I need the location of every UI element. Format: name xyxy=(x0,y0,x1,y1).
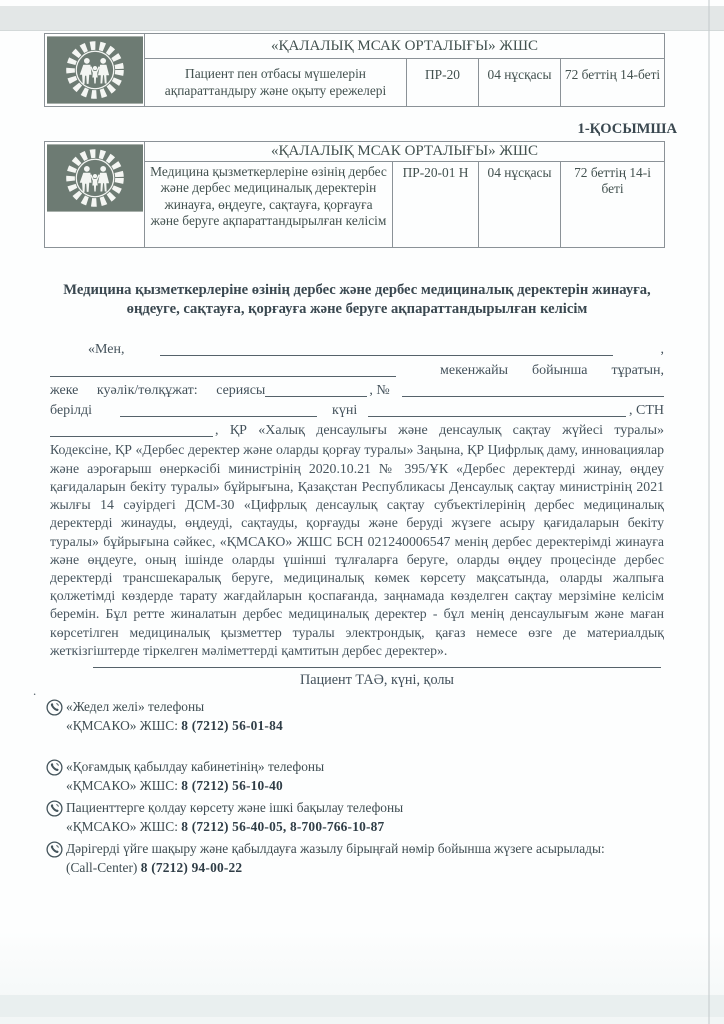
intro-date-label: күні xyxy=(332,403,357,419)
address-blank-field xyxy=(50,372,396,377)
intro-address-label: мекенжайы бойынша тұратын, xyxy=(396,363,664,379)
phone-icon xyxy=(46,759,66,781)
contact-item-call-center: Дәрігерді үйге шақыру және қабылдауға жа… xyxy=(46,840,686,877)
consent-title: Медицина қызметкерлеріне өзінің дербес ж… xyxy=(50,281,664,319)
doc-pages: 72 беттің 14-і беті xyxy=(561,162,665,248)
number-blank-field xyxy=(402,392,664,397)
contact-number: 8 (7212) 56-01-84 xyxy=(181,718,283,733)
contact-org: «ҚМСАКО» ЖШС: xyxy=(66,718,178,733)
org-name: «ҚАЛАЛЫҚ МСАК ОРТАЛЫҒЫ» ЖШС xyxy=(145,142,665,162)
contact-number-line: «ҚМСАКО» ЖШС: 8 (7212) 56-40-05, 8-700-7… xyxy=(66,818,403,837)
stn-blank-field xyxy=(50,432,213,437)
intro-id-no-label: , № xyxy=(367,383,389,399)
series-blank-field xyxy=(265,392,367,397)
header-table-2: «ҚАЛАЛЫҚ МСАК ОРТАЛЫҒЫ» ЖШС Медицина қыз… xyxy=(44,141,665,248)
doc-code: ПР-20-01 Н xyxy=(393,162,479,248)
doc-pages: 72 беттің 14-беті xyxy=(561,59,665,107)
intro-id-label: жеке куәлік/төлқұжат: сериясы xyxy=(50,383,265,399)
intro-line-issued: берілді күні , СТН xyxy=(50,399,664,419)
intro-line-id: жеке куәлік/төлқұжат: сериясы , № xyxy=(50,379,664,399)
logo-cell xyxy=(45,142,145,248)
intro-issued-label: берілді xyxy=(50,403,92,419)
contact-label: Пациенттерге қолдау көрсету және ішкі ба… xyxy=(66,799,403,818)
contact-number-line: «ҚМСАКО» ЖШС: 8 (7212) 56-01-84 xyxy=(66,717,283,736)
contact-number-line: (Call-Center) 8 (7212) 94-00-22 xyxy=(66,859,605,878)
contact-label: «Қоғамдық қабылдау кабинетінің» телефоны xyxy=(66,758,324,777)
consent-paragraph: Кодексіне, ҚР «Дербес деректер және олар… xyxy=(50,441,664,659)
contact-org: «ҚМСАКО» ЖШС: xyxy=(66,778,178,793)
phone-icon xyxy=(46,699,66,721)
contact-org: «ҚМСАКО» ЖШС: xyxy=(66,819,178,834)
scan-stray-mark: . xyxy=(33,683,36,699)
scan-artifact-top-band xyxy=(0,6,724,31)
intro-line-address: мекенжайы бойынша тұратын, xyxy=(50,358,664,378)
phone-icon xyxy=(46,800,66,822)
consent-body: «Мен, , мекенжайы бойынша тұратын, жеке … xyxy=(50,338,664,660)
contact-label: Дәрігерді үйге шақыру және қабылдауға жа… xyxy=(66,840,605,859)
clinic-logo-icon xyxy=(47,144,143,212)
doc-code: ПР-20 xyxy=(407,59,479,107)
doc-version: 04 нұсқасы xyxy=(479,162,561,248)
table-row: «ҚАЛАЛЫҚ МСАК ОРТАЛЫҒЫ» ЖШС xyxy=(45,142,665,162)
signature-line xyxy=(93,667,661,668)
date-blank-field xyxy=(368,412,626,417)
contact-number-line: «ҚМСАКО» ЖШС: 8 (7212) 56-10-40 xyxy=(66,777,324,796)
intro-stn-label: , СТН xyxy=(629,403,664,419)
contact-number: 8 (7212) 56-40-05, 8-700-766-10-87 xyxy=(181,819,384,834)
table-row: «ҚАЛАЛЫҚ МСАК ОРТАЛЫҒЫ» ЖШС xyxy=(45,34,665,59)
header-table-1: «ҚАЛАЛЫҚ МСАК ОРТАЛЫҒЫ» ЖШС Пациент пен … xyxy=(44,33,665,107)
intro-men-label: «Мен, xyxy=(50,342,124,358)
org-name: «ҚАЛАЛЫҚ МСАК ОРТАЛЫҒЫ» ЖШС xyxy=(145,34,665,59)
doc-title: Пациент пен отбасы мүшелерін ақпараттанд… xyxy=(145,59,407,107)
appendix-label: 1-ҚОСЫМША xyxy=(578,121,677,138)
scan-artifact-bottom-band xyxy=(0,995,724,1017)
signature-caption: Пациент ТАӘ, күні, қолы xyxy=(93,672,661,689)
doc-title: Медицина қызметкерлеріне өзінің дербес ж… xyxy=(145,162,393,248)
intro-code-ref: , ҚР «Халық денсаулығы және денсаулық са… xyxy=(213,423,664,439)
issued-by-blank-field xyxy=(120,412,317,417)
intro-line-name: «Мен, , xyxy=(50,338,664,358)
contact-number: 8 (7212) 56-10-40 xyxy=(181,778,283,793)
intro-line-stn: , ҚР «Халық денсаулығы және денсаулық са… xyxy=(50,419,664,439)
contacts-section: «Жедел желі» телефоны «ҚМСАКО» ЖШС: 8 (7… xyxy=(46,698,686,881)
contact-label: «Жедел желі» телефоны xyxy=(66,698,283,717)
contact-item-hotline: «Жедел желі» телефоны «ҚМСАКО» ЖШС: 8 (7… xyxy=(46,698,686,735)
intro-comma: , xyxy=(661,342,665,358)
phone-icon xyxy=(46,841,66,863)
contact-item-patient-support: Пациенттерге қолдау көрсету және ішкі ба… xyxy=(46,799,686,836)
contact-org: (Call-Center) xyxy=(66,860,137,875)
contact-item-public-reception: «Қоғамдық қабылдау кабинетінің» телефоны… xyxy=(46,758,686,795)
scan-artifact-right-edge xyxy=(708,0,710,1024)
doc-version: 04 нұсқасы xyxy=(479,59,561,107)
logo-cell xyxy=(45,34,145,107)
name-blank-field xyxy=(160,351,612,356)
clinic-logo-icon xyxy=(47,36,143,104)
contact-number: 8 (7212) 94-00-22 xyxy=(141,860,243,875)
